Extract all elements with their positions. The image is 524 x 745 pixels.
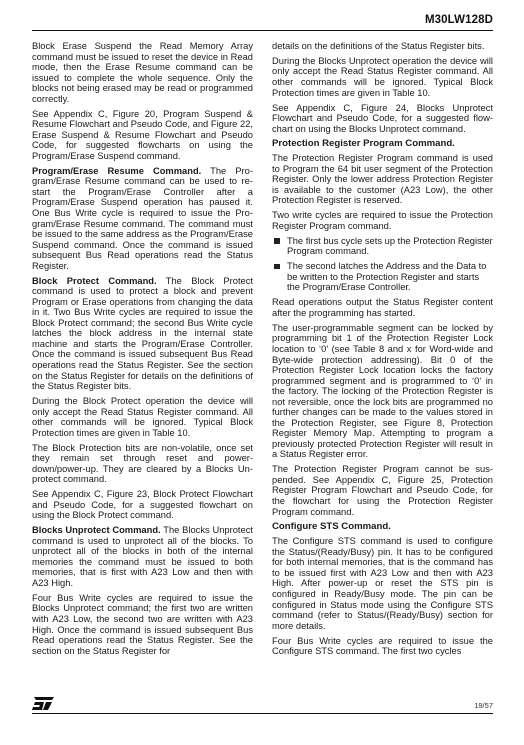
- paragraph: During the Block Protect operation the d…: [32, 396, 253, 438]
- page-number: 19/57: [474, 701, 493, 710]
- section-lead: Blocks Unprotect Command.: [32, 525, 161, 535]
- paragraph: See Appendix C, Figure 20, Program Suspe…: [32, 109, 253, 162]
- square-bullet-icon: [274, 264, 280, 270]
- paragraph: The Block Protection bits are non-volati…: [32, 443, 253, 485]
- paragraph: Four Bus Write cycles are required to is…: [272, 636, 493, 657]
- paragraph: Two write cycles are required to issue t…: [272, 210, 493, 231]
- section-lead: Program/Erase Resume Command.: [32, 166, 201, 176]
- paragraph: During the Blocks Unprotect operation th…: [272, 56, 493, 98]
- paragraph-program-erase-resume: Program/Erase Resume Command. The Pro­gr…: [32, 166, 253, 271]
- footer-divider: [32, 713, 493, 714]
- paragraph: The Protection Register Program cannot b…: [272, 464, 493, 517]
- square-bullet-icon: [274, 238, 280, 244]
- paragraph-block-protect: Block Protect Command. The Block Protect…: [32, 276, 253, 392]
- section-lead: Block Protect Command.: [32, 276, 157, 286]
- paragraph: Four Bus Write cycles are required to is…: [32, 593, 253, 656]
- paragraph: See Appendix C, Figure 24, Blocks Unprot…: [272, 103, 493, 135]
- document-title: M30LW128D: [425, 14, 493, 26]
- paragraph: See Appendix C, Figure 23, Block Protect…: [32, 489, 253, 521]
- right-column: details on the definitions of the Status…: [272, 41, 493, 661]
- section-heading-configure-sts: Configure STS Command.: [272, 522, 493, 533]
- list-item: The second latches the Address and the D…: [272, 261, 493, 293]
- paragraph: details on the definitions of the Status…: [272, 41, 493, 52]
- paragraph: Read operations output the Status Regist…: [272, 297, 493, 318]
- paragraph-blocks-unprotect: Blocks Unprotect Command. The Blocks Un­…: [32, 525, 253, 588]
- paragraph: Block Erase Suspend the Read Memory Arra…: [32, 41, 253, 104]
- paragraph: The user-programmable segment can be loc…: [272, 323, 493, 460]
- paragraph: The Protection Register Program command …: [272, 153, 493, 206]
- paragraph: The Configure STS command is used to con…: [272, 536, 493, 631]
- st-logo-icon: [32, 697, 54, 710]
- section-heading-protection-register-program: Protection Register Program Command.: [272, 139, 493, 150]
- list-item: The first bus cycle sets up the Protecti…: [272, 236, 493, 257]
- left-column: Block Erase Suspend the Read Memory Arra…: [32, 41, 253, 661]
- bullet-list: The first bus cycle sets up the Protecti…: [272, 236, 493, 293]
- header-divider: [32, 30, 493, 31]
